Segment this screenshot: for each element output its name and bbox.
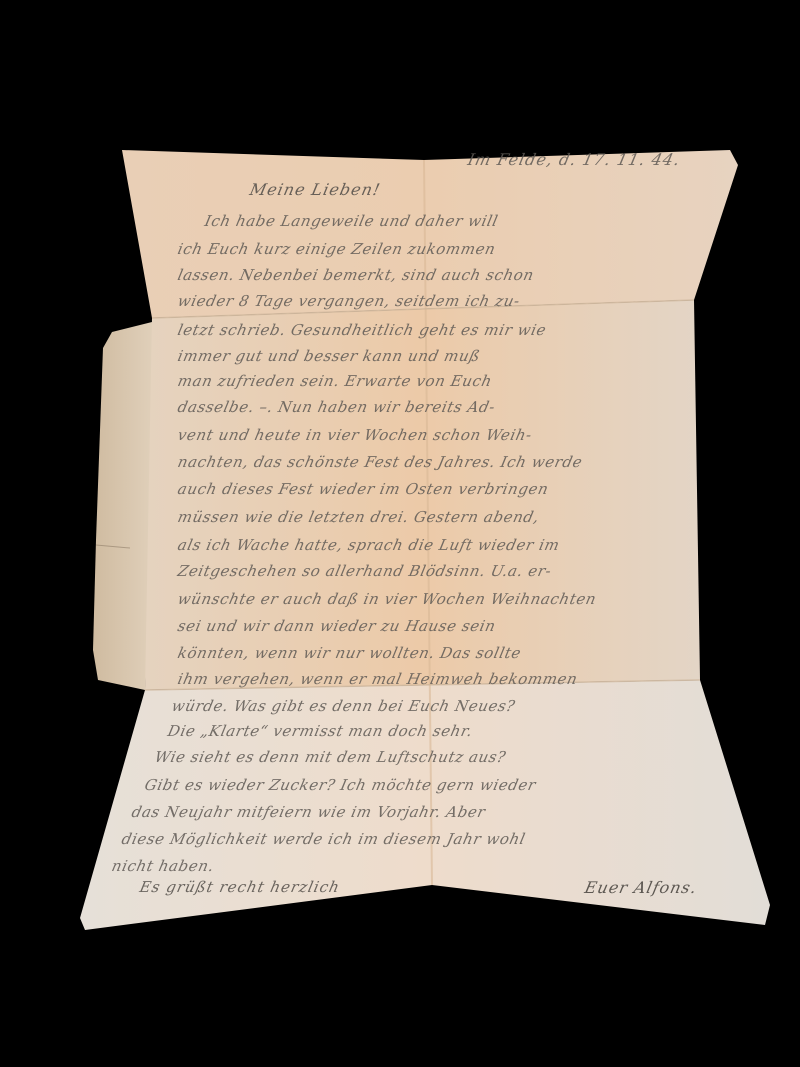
body-line: als ich Wache hatte, sprach die Luft wie… [176, 536, 561, 554]
letter-greeting: Meine Lieben! [248, 180, 383, 199]
body-line: immer gut und besser kann und muß [176, 347, 482, 365]
body-line: letzt schrieb. Gesundheitlich geht es mi… [176, 321, 548, 339]
body-line: Zeitgeschehen so allerhand Blödsinn. U.a… [176, 562, 553, 580]
body-line: Wie sieht es denn mit dem Luftschutz aus… [153, 748, 508, 766]
body-line: Ich habe Langeweile und daher will [203, 212, 500, 230]
body-line: wieder 8 Tage vergangen, seitdem ich zu- [176, 292, 522, 310]
body-line: das Neujahr mitfeiern wie im Vorjahr. Ab… [130, 803, 487, 821]
body-line: man zufrieden sein. Erwarte von Euch [176, 372, 494, 390]
body-line: dasselbe. –. Nun haben wir bereits Ad- [176, 398, 497, 416]
body-line: würde. Was gibt es denn bei Euch Neues? [170, 697, 517, 715]
body-line: lassen. Nebenbei bemerkt, sind auch scho… [176, 266, 536, 284]
body-line: auch dieses Fest wieder im Osten verbrin… [176, 480, 550, 498]
body-line: ich Euch kurz einige Zeilen zukommen [176, 240, 497, 258]
body-line: nachten, das schönste Fest des Jahres. I… [176, 453, 584, 471]
body-line: ihm vergehen, wenn er mal Heimweh bekomm… [176, 670, 579, 688]
body-line: wünschte er auch daß in vier Wochen Weih… [176, 590, 598, 608]
body-line: nicht haben. [110, 857, 216, 875]
body-line: diese Möglichkeit werde ich im diesem Ja… [120, 830, 527, 848]
letter-signature: Euer Alfons. [583, 878, 699, 897]
body-line: könnten, wenn wir nur wollten. Das sollt… [176, 644, 523, 662]
body-line: vent und heute in vier Wochen schon Weih… [176, 426, 534, 444]
letter-closing: Es grüßt recht herzlich [138, 878, 342, 896]
body-line: sei und wir dann wieder zu Hause sein [176, 617, 497, 635]
body-line: Die „Klarte“ vermisst man doch sehr. [166, 722, 474, 740]
letter-date: Im Felde, d. 17. 11. 44. [466, 150, 682, 169]
body-line: Gibt es wieder Zucker? Ich möchte gern w… [143, 776, 538, 794]
body-line: müssen wie die letzten drei. Gestern abe… [176, 508, 541, 526]
letter-text: Im Felde, d. 17. 11. 44. Meine Lieben! I… [0, 0, 800, 1067]
